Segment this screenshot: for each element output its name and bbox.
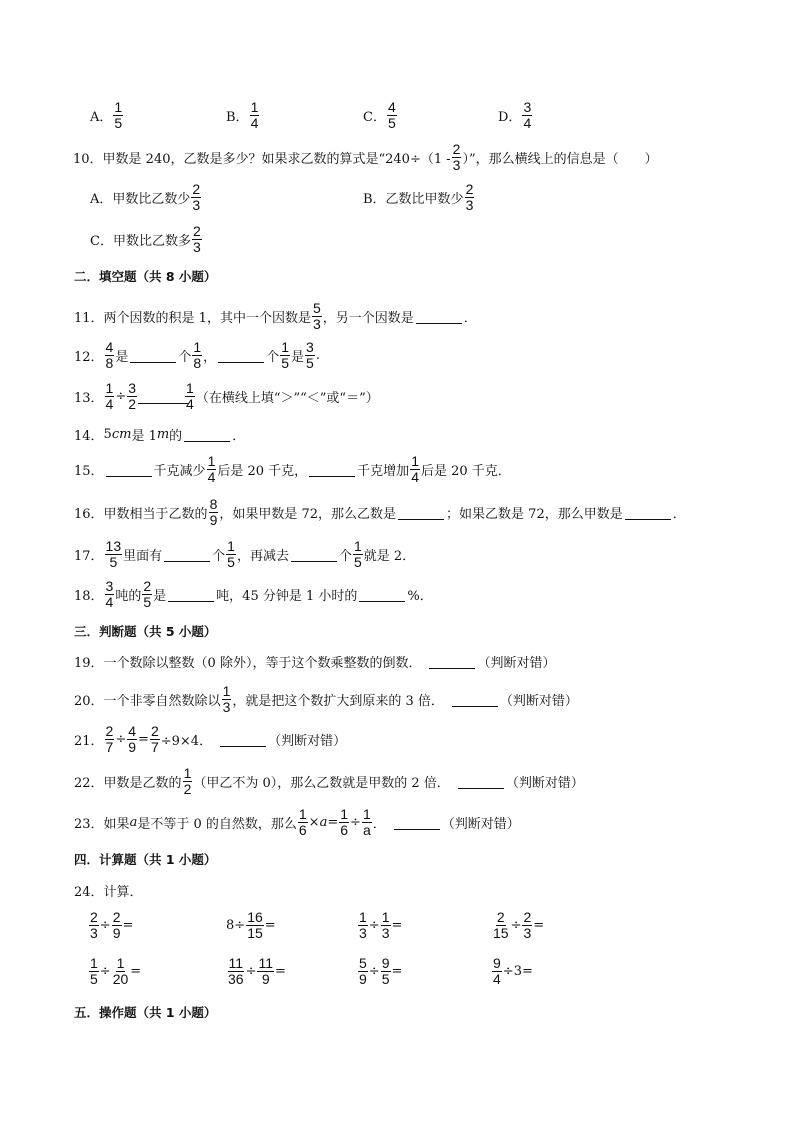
numerator: 2 bbox=[496, 910, 506, 926]
divide-operator: ÷ bbox=[100, 918, 111, 933]
punctuation: ． bbox=[673, 503, 686, 522]
denominator: 4 bbox=[207, 470, 217, 485]
answer-blank[interactable] bbox=[429, 654, 475, 669]
unit: m bbox=[157, 427, 169, 442]
q10-option-b: B．乙数比甲数少 23 bbox=[363, 182, 475, 213]
question-text: 是 bbox=[153, 585, 166, 604]
fraction: 14 bbox=[250, 100, 260, 131]
denominator: 5 bbox=[353, 555, 363, 570]
question-text: ，另一个因数是 bbox=[323, 307, 414, 326]
denominator: 9 bbox=[127, 740, 137, 755]
denominator: 5 bbox=[387, 116, 397, 131]
numerator: 2 bbox=[89, 910, 99, 926]
calc-item: 94 ÷ 3 = bbox=[491, 956, 533, 987]
numerator: 2 bbox=[105, 724, 115, 740]
numerator: 9 bbox=[492, 956, 502, 972]
fraction: 27 bbox=[150, 724, 160, 755]
punctuation: %． bbox=[407, 585, 432, 604]
denominator: 6 bbox=[298, 823, 308, 838]
question-text: 后是 20 千克． bbox=[421, 460, 511, 479]
fraction: 1615 bbox=[246, 910, 264, 941]
denominator: 3 bbox=[191, 198, 201, 213]
numerator: 1 bbox=[185, 381, 195, 397]
question-hint: （判断对错） bbox=[442, 813, 520, 832]
denominator: 3 bbox=[89, 926, 99, 941]
option-label: D． bbox=[498, 106, 521, 125]
answer-blank[interactable] bbox=[220, 732, 266, 747]
question-22: 22． 甲数是乙数的 12 （甲乙不为 0），那么乙数就是甲数的 2 倍． （判… bbox=[74, 763, 584, 799]
divide-operator: ÷ bbox=[246, 964, 257, 979]
fraction: 119 bbox=[257, 956, 274, 987]
divide-operator: ÷ bbox=[234, 918, 245, 933]
numerator: 2 bbox=[191, 182, 201, 198]
q9-option-b: B． 14 bbox=[226, 100, 260, 131]
numerator: 11 bbox=[228, 956, 245, 972]
denominator: 4 bbox=[105, 397, 115, 412]
answer-blank[interactable] bbox=[398, 505, 444, 520]
fraction: 15 bbox=[280, 340, 290, 371]
denominator: 8 bbox=[192, 356, 202, 371]
denominator: 7 bbox=[105, 740, 115, 755]
calc-item: 8 ÷ 1615 = bbox=[226, 910, 276, 941]
numerator: 1 bbox=[250, 100, 260, 116]
answer-blank[interactable] bbox=[164, 547, 210, 562]
denominator: 9 bbox=[209, 513, 219, 528]
numerator: 1 bbox=[113, 100, 123, 116]
numerator: 1 bbox=[105, 381, 115, 397]
multiply-operator: × bbox=[309, 815, 320, 830]
question-10: 10． 甲数是 240，乙数是多少？如果求乙数的算式是“240÷（1 - 23 … bbox=[73, 139, 658, 175]
fraction: 14 bbox=[410, 454, 420, 485]
q10-option-c: C．甲数比乙数多 23 bbox=[90, 224, 203, 255]
q9-option-d: D． 34 bbox=[498, 100, 533, 131]
question-text: 个 bbox=[212, 545, 225, 564]
question-15: 15． 千克减少 14 后是 20 千克， 千克增加 14 后是 20 千克． bbox=[74, 451, 511, 487]
fraction: 89 bbox=[209, 497, 219, 528]
question-text: ÷9×4． bbox=[161, 730, 212, 749]
denominator: 2 bbox=[127, 397, 137, 412]
denominator: 3 bbox=[312, 317, 322, 332]
value: 5 bbox=[104, 427, 112, 442]
question-16: 16． 甲数相当于乙数的 89 ，如果甲数是 72，那么乙数是 ；如果乙数是 7… bbox=[74, 494, 686, 530]
divide-operator: ÷ bbox=[503, 964, 514, 979]
numerator: 3 bbox=[522, 100, 532, 116]
question-21: 21． 27 ÷ 49 = 27 ÷9×4． （判断对错） bbox=[74, 721, 346, 757]
punctuation: ． bbox=[464, 307, 477, 326]
numerator: 1 bbox=[207, 454, 217, 470]
question-text: 是 bbox=[291, 346, 304, 365]
denominator: 5 bbox=[305, 356, 315, 371]
answer-blank[interactable] bbox=[458, 774, 504, 789]
numerator: 2 bbox=[150, 724, 160, 740]
question-18: 18． 34 吨的 25 是 吨，45 分钟是 1 小时的 %． bbox=[74, 576, 433, 612]
denominator: 4 bbox=[410, 470, 420, 485]
answer-blank[interactable] bbox=[359, 587, 405, 602]
numerator: 1 bbox=[183, 766, 193, 782]
fraction: 23 bbox=[191, 182, 201, 213]
question-11: 11． 两个因数的积是 1，其中一个因数是 53 ，另一个因数是 ． bbox=[74, 298, 477, 334]
calc-item: 23 ÷ 29 = bbox=[88, 910, 133, 941]
numerator: 3 bbox=[105, 579, 115, 595]
question-20: 20． 一个非零自然数除以 13 ，就是把这个数扩大到原来的 3 倍． （判断对… bbox=[74, 681, 578, 717]
answer-blank[interactable] bbox=[218, 348, 264, 363]
question-text: ， bbox=[203, 346, 216, 365]
denominator: 4 bbox=[250, 116, 260, 131]
calc-item: 215 ÷ 23 = bbox=[491, 910, 544, 941]
denominator: 3 bbox=[381, 926, 391, 941]
denominator: 3 bbox=[522, 926, 532, 941]
numerator: 1 bbox=[226, 539, 236, 555]
fraction: 14 bbox=[105, 381, 115, 412]
divide-operator: ÷ bbox=[369, 964, 380, 979]
question-number: 11． bbox=[74, 307, 104, 326]
question-12: 12． 48 是 个 18 ， 个 15 是 35 . bbox=[74, 337, 320, 373]
answer-blank[interactable] bbox=[184, 427, 230, 442]
fraction: 23 bbox=[89, 910, 99, 941]
question-number: 22． bbox=[74, 772, 104, 791]
fraction: 53 bbox=[312, 301, 322, 332]
question-number: 19． bbox=[74, 652, 104, 671]
question-text: （甲乙不为 0），那么乙数就是甲数的 2 倍． bbox=[193, 772, 449, 791]
numerator: 1 bbox=[362, 807, 372, 823]
unit: cm bbox=[112, 427, 132, 442]
denominator: 3 bbox=[192, 240, 202, 255]
question-text: 个 bbox=[178, 346, 191, 365]
whole-number: 3 bbox=[514, 964, 522, 979]
fraction: 18 bbox=[192, 340, 202, 371]
question-number: 14． bbox=[74, 425, 104, 444]
fraction: 15 bbox=[353, 539, 363, 570]
option-label: B．乙数比甲数少 bbox=[363, 188, 464, 207]
question-number: 15． bbox=[74, 460, 104, 479]
equals-sign: = bbox=[392, 964, 403, 979]
denominator: 15 bbox=[492, 926, 510, 941]
question-text: 甲数是 240，乙数是多少？如果求乙数的算式是“240÷（1 - bbox=[103, 148, 451, 167]
question-text: ，再减去 bbox=[237, 545, 289, 564]
divide-operator: ÷ bbox=[511, 918, 522, 933]
answer-blank[interactable] bbox=[416, 309, 462, 324]
numerator: 1 bbox=[116, 956, 126, 972]
fraction: 25 bbox=[142, 579, 152, 610]
calc-item: 1136 ÷ 119 = bbox=[226, 956, 286, 987]
question-text: 是不等于 0 的自然数，那么 bbox=[137, 813, 297, 832]
fraction: 35 bbox=[305, 340, 315, 371]
fraction: 16 bbox=[339, 807, 349, 838]
question-hint: （判断对错） bbox=[506, 772, 584, 791]
question-number: 21． bbox=[74, 730, 104, 749]
fraction: 135 bbox=[105, 539, 123, 570]
variable: a bbox=[320, 815, 328, 830]
question-text: 一个非零自然数除以 bbox=[104, 690, 221, 709]
question-text: 是 bbox=[115, 346, 128, 365]
calc-item: 15 ÷ 120 = bbox=[88, 956, 141, 987]
variable: a bbox=[130, 815, 138, 830]
fraction: 1a bbox=[362, 807, 372, 838]
question-24: 24． 计算． bbox=[74, 872, 143, 908]
question-text: 千克减少 bbox=[154, 460, 206, 479]
equals-sign: = bbox=[392, 918, 403, 933]
fraction: 32 bbox=[127, 381, 137, 412]
fraction: 34 bbox=[522, 100, 532, 131]
numerator: 9 bbox=[381, 956, 391, 972]
denominator: 5 bbox=[113, 116, 123, 131]
question-number: 17． bbox=[74, 545, 104, 564]
numerator: 1 bbox=[280, 340, 290, 356]
question-hint: （判断对错） bbox=[268, 730, 346, 749]
denominator: 3 bbox=[358, 926, 368, 941]
option-label: A．甲数比乙数少 bbox=[90, 188, 190, 207]
q9-option-c: C． 45 bbox=[363, 100, 398, 131]
denominator: 36 bbox=[227, 972, 245, 987]
denominator: a bbox=[362, 823, 372, 838]
fraction: 29 bbox=[112, 910, 122, 941]
question-number: 23． bbox=[74, 813, 104, 832]
answer-blank[interactable] bbox=[625, 505, 671, 520]
denominator: 3 bbox=[465, 198, 475, 213]
option-label: C． bbox=[363, 106, 386, 125]
fraction: 13 bbox=[358, 910, 368, 941]
denominator: 4 bbox=[105, 595, 115, 610]
fraction: 120 bbox=[112, 956, 130, 987]
question-hint: （判断对错） bbox=[477, 652, 555, 671]
question-text: 甲数是乙数的 bbox=[104, 772, 182, 791]
question-17: 17． 135 里面有 个 15 ，再减去 个 15 就是 2． bbox=[74, 536, 415, 572]
section-fill-in-title: 二．填空题（共 8 小题） bbox=[74, 258, 216, 294]
fraction: 15 bbox=[89, 956, 99, 987]
numerator: 2 bbox=[452, 142, 462, 158]
numerator: 2 bbox=[192, 224, 202, 240]
answer-blank[interactable] bbox=[291, 547, 337, 562]
fraction: 13 bbox=[222, 684, 232, 715]
denominator: 4 bbox=[185, 397, 195, 412]
question-text: 后是 20 千克， bbox=[217, 460, 307, 479]
fraction: 1136 bbox=[227, 956, 245, 987]
divide-operator: ÷ bbox=[369, 918, 380, 933]
question-text: 甲数相当于乙数的 bbox=[104, 503, 208, 522]
question-text: 计算． bbox=[104, 881, 143, 900]
question-text: 个 bbox=[339, 545, 352, 564]
fraction: 14 bbox=[207, 454, 217, 485]
answer-blank[interactable] bbox=[106, 462, 152, 477]
question-text: 就是 2． bbox=[364, 545, 415, 564]
answer-blank[interactable] bbox=[452, 692, 498, 707]
q9-option-a: A． 15 bbox=[90, 100, 124, 131]
numerator: 11 bbox=[257, 956, 274, 972]
divide-operator: ÷ bbox=[350, 815, 361, 830]
fraction: 23 bbox=[452, 142, 462, 173]
numerator: 1 bbox=[353, 539, 363, 555]
question-14: 14． 5cm 是 1m 的 ． bbox=[74, 416, 245, 452]
equals-sign: = bbox=[130, 964, 141, 979]
question-text: 如果 bbox=[104, 813, 130, 832]
fraction: 12 bbox=[183, 766, 193, 797]
denominator: 5 bbox=[89, 972, 99, 987]
numerator: 1 bbox=[89, 956, 99, 972]
numerator: 5 bbox=[358, 956, 368, 972]
numerator: 1 bbox=[298, 807, 308, 823]
denominator: 5 bbox=[226, 555, 236, 570]
question-number: 16． bbox=[74, 503, 104, 522]
question-number: 13． bbox=[74, 387, 104, 406]
question-text: 吨的 bbox=[115, 585, 141, 604]
denominator: 15 bbox=[246, 926, 264, 941]
option-label: C．甲数比乙数多 bbox=[90, 230, 191, 249]
calc-item: 59 ÷ 95 = bbox=[357, 956, 402, 987]
fraction: 215 bbox=[492, 910, 510, 941]
punctuation: ． bbox=[232, 425, 245, 444]
question-number: 24． bbox=[74, 881, 104, 900]
question-text: ；如果乙数是 72，那么甲数是 bbox=[446, 503, 623, 522]
divide-operator: ÷ bbox=[115, 732, 126, 747]
question-text: ，如果甲数是 72，那么乙数是 bbox=[219, 503, 396, 522]
denominator: 5 bbox=[280, 356, 290, 371]
numerator: 1 bbox=[381, 910, 391, 926]
fraction: 27 bbox=[105, 724, 115, 755]
fraction: 23 bbox=[192, 224, 202, 255]
numerator: 2 bbox=[112, 910, 122, 926]
punctuation: ． bbox=[373, 813, 386, 832]
section-operation-title: 五．操作题（共 1 小题） bbox=[74, 994, 216, 1030]
denominator: 2 bbox=[183, 782, 193, 797]
numerator: 1 bbox=[410, 454, 420, 470]
question-hint: （判断对错） bbox=[500, 690, 578, 709]
divide-operator: ÷ bbox=[100, 964, 111, 979]
fraction: 59 bbox=[358, 956, 368, 987]
question-text: 两个因数的积是 1，其中一个因数是 bbox=[104, 307, 311, 326]
numerator: 4 bbox=[105, 340, 115, 356]
equals-sign: = bbox=[265, 918, 276, 933]
question-text: 里面有 bbox=[123, 545, 162, 564]
denominator: 5 bbox=[381, 972, 391, 987]
numerator: 2 bbox=[522, 910, 532, 926]
question-number: 12． bbox=[74, 346, 104, 365]
question-text: 的 bbox=[169, 425, 182, 444]
fraction: 95 bbox=[381, 956, 391, 987]
numerator: 13 bbox=[105, 539, 123, 555]
question-text: 个 bbox=[266, 346, 279, 365]
divide-operator: ÷ bbox=[115, 389, 126, 404]
answer-blank[interactable] bbox=[168, 587, 214, 602]
denominator: 4 bbox=[522, 116, 532, 131]
fraction: 14 bbox=[185, 381, 195, 412]
question-text: ）”，那么横线上的信息是（ ） bbox=[462, 148, 657, 167]
question-13: 13． 14 ÷ 32 14 （在横线上填“＞”“＜”或“＝”） bbox=[74, 378, 379, 414]
q10-option-a: A．甲数比乙数少 23 bbox=[90, 182, 202, 213]
denominator: 20 bbox=[112, 972, 130, 987]
denominator: 6 bbox=[339, 823, 349, 838]
fraction: 15 bbox=[113, 100, 123, 131]
option-label: B． bbox=[226, 106, 249, 125]
equals-sign: = bbox=[522, 964, 533, 979]
numerator: 8 bbox=[209, 497, 219, 513]
numerator: 4 bbox=[127, 724, 137, 740]
equals-sign: = bbox=[275, 964, 286, 979]
fraction: 45 bbox=[387, 100, 397, 131]
fraction: 23 bbox=[465, 182, 475, 213]
denominator: 8 bbox=[105, 356, 115, 371]
denominator: 5 bbox=[142, 595, 152, 610]
answer-blank[interactable] bbox=[138, 389, 188, 404]
question-text: 吨，45 分钟是 1 小时的 bbox=[216, 585, 357, 604]
answer-blank[interactable] bbox=[309, 462, 355, 477]
calc-item: 13 ÷ 13 = bbox=[357, 910, 402, 941]
equals-sign: = bbox=[123, 918, 134, 933]
numerator: 1 bbox=[358, 910, 368, 926]
question-number: 20． bbox=[74, 690, 104, 709]
answer-blank[interactable] bbox=[394, 815, 440, 830]
question-text: ，就是把这个数扩大到原来的 3 倍． bbox=[232, 690, 444, 709]
fraction: 15 bbox=[226, 539, 236, 570]
equals-sign: = bbox=[138, 732, 149, 747]
question-23: 23． 如果 a 是不等于 0 的自然数，那么 16 ×a= 16 ÷ 1a ．… bbox=[74, 804, 520, 840]
fraction: 49 bbox=[127, 724, 137, 755]
numerator: 1 bbox=[192, 340, 202, 356]
question-text: （在横线上填“＞”“＜”或“＝”） bbox=[196, 387, 379, 406]
fraction: 13 bbox=[381, 910, 391, 941]
question-text: 千克增加 bbox=[357, 460, 409, 479]
question-text: 一个数除以整数（0 除外），等于这个数乘整数的倒数． bbox=[104, 652, 422, 671]
denominator: 7 bbox=[150, 740, 160, 755]
numerator: 5 bbox=[312, 301, 322, 317]
denominator: 5 bbox=[108, 555, 118, 570]
option-label: A． bbox=[90, 106, 112, 125]
numerator: 3 bbox=[305, 340, 315, 356]
numerator: 1 bbox=[222, 684, 232, 700]
denominator: 3 bbox=[222, 700, 232, 715]
equals-sign: = bbox=[327, 815, 338, 830]
numerator: 4 bbox=[387, 100, 397, 116]
fraction: 48 bbox=[105, 340, 115, 371]
numerator: 3 bbox=[127, 381, 137, 397]
answer-blank[interactable] bbox=[130, 348, 176, 363]
numerator: 1 bbox=[339, 807, 349, 823]
fraction: 94 bbox=[492, 956, 502, 987]
question-number: 10． bbox=[73, 148, 103, 167]
fraction: 23 bbox=[522, 910, 532, 941]
denominator: 3 bbox=[452, 158, 462, 173]
question-number: 18． bbox=[74, 585, 104, 604]
numerator: 2 bbox=[142, 579, 152, 595]
denominator: 9 bbox=[358, 972, 368, 987]
equals-sign: = bbox=[533, 918, 544, 933]
question-19: 19． 一个数除以整数（0 除外），等于这个数乘整数的倒数． （判断对错） bbox=[74, 643, 555, 679]
question-text: 是 1 bbox=[131, 425, 156, 444]
fraction: 34 bbox=[105, 579, 115, 610]
denominator: 4 bbox=[492, 972, 502, 987]
numerator: 16 bbox=[246, 910, 264, 926]
fraction: 16 bbox=[298, 807, 308, 838]
punctuation: . bbox=[316, 348, 320, 363]
denominator: 9 bbox=[112, 926, 122, 941]
denominator: 9 bbox=[261, 972, 271, 987]
numerator: 2 bbox=[465, 182, 475, 198]
whole-number: 8 bbox=[226, 918, 234, 933]
